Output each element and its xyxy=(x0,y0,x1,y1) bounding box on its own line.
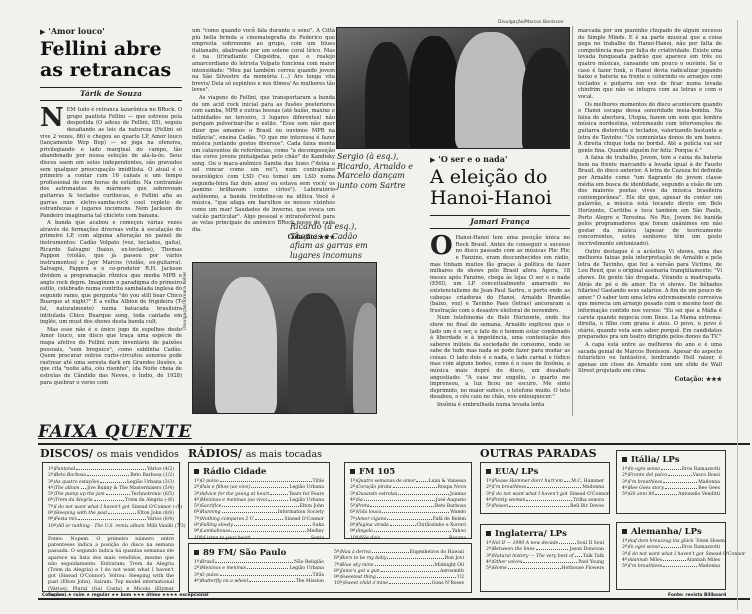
triangle-icon: ▶ xyxy=(430,155,435,164)
hanoi-byline: Jamari França xyxy=(430,215,570,230)
title: Home xyxy=(493,566,507,572)
fm105-box: FM 105 1º) Quatro semanas de amorLuan & … xyxy=(344,462,472,539)
eua-box: EUA/ LPs 1º) Please Hammer don't hurt'em… xyxy=(480,462,610,514)
person-silhouette xyxy=(455,32,527,149)
photo-credit-top: Divulgação/Marcos Bonisson xyxy=(498,20,564,25)
radios-heading: RÁDIOS/ as mais tocadas xyxy=(188,447,322,460)
leader-dots xyxy=(270,492,288,495)
alemanha-list: 1º) Auf dem kreuzzug ins glückToten Hose… xyxy=(622,539,720,570)
hanoi-band-photo xyxy=(336,27,570,149)
chart-row: 10º) Listen to your heartSonia xyxy=(194,536,324,542)
outras-paradas-heading: OUTRAS PARADAS xyxy=(480,447,597,460)
hanoi-kicker: ▶'O ser e o nada' xyxy=(430,156,570,164)
discos-note: Fonte: Nopem. O primeiro número entre pa… xyxy=(48,534,174,599)
inglaterra-heading: Inglaterra/ LPs xyxy=(486,529,604,539)
leader-dots xyxy=(564,479,570,482)
leader-dots xyxy=(655,492,677,495)
artist: Rosana xyxy=(449,536,466,542)
section-rule xyxy=(38,443,750,445)
title: All or nothing - The U.S. remix album xyxy=(58,524,145,530)
leader-dots xyxy=(220,573,312,576)
fellini-headline: Fellini abre as retrancas xyxy=(40,39,182,81)
person-silhouette xyxy=(409,36,459,149)
italia-box: Itália/ LPs 1º) In ogni sensoEros Ramazz… xyxy=(616,450,726,514)
title: Sweet child o'mine xyxy=(344,581,388,587)
square-bullet-icon xyxy=(622,529,627,534)
leader-dots xyxy=(575,554,583,557)
leader-dots xyxy=(108,511,136,514)
leader-dots xyxy=(381,569,439,572)
person-silhouette xyxy=(522,48,570,149)
title: Gli anni 80 xyxy=(629,492,655,498)
leader-dots xyxy=(370,504,433,507)
square-bullet-icon xyxy=(622,457,627,462)
artist: Sonia xyxy=(311,536,324,542)
photo-caption-mid: Ricardo (à esq.), Thomas e Cadão afiam a… xyxy=(290,222,380,260)
fellini-paragraph: Mas esse não é o único jogo de espelhos … xyxy=(40,327,182,386)
inglaterra-box: Inglaterra/ LPs 1º) Vol II — 1990 A new … xyxy=(480,524,610,592)
person-silhouette xyxy=(288,293,346,414)
leader-dots xyxy=(377,575,456,578)
discos-heading: DISCOS/ os mais vendidos xyxy=(40,447,179,460)
leader-dots xyxy=(374,529,451,532)
leader-dots xyxy=(509,504,569,507)
leader-dots xyxy=(231,529,305,532)
hanoi-paragraph: A capa está entre as melhores do ano e é… xyxy=(578,342,722,375)
radio-cidade-heading: Rádio Cidade xyxy=(194,467,324,477)
leader-dots xyxy=(215,560,293,563)
square-bullet-icon xyxy=(486,469,491,474)
chart-row: 5º) Gli anni 80Antonello Venditti xyxy=(622,492,720,498)
rank: 5º) xyxy=(486,504,493,510)
leader-dots xyxy=(251,485,288,488)
chart-row: 5º) HomeHothouse Flowers xyxy=(486,566,604,572)
leader-dots xyxy=(364,498,435,501)
page-edge-rule xyxy=(737,20,738,610)
leader-dots xyxy=(381,536,448,539)
fellini-paragraph: NEM tudo é retranca lazarônica no BRock.… xyxy=(40,107,182,219)
artist: Guns N'Roses xyxy=(432,581,464,587)
bottom-rule xyxy=(38,598,750,600)
leader-dots xyxy=(76,467,146,470)
newspaper-page: ▶'Amor louco' Fellini abre as retrancas … xyxy=(0,0,752,614)
rank: 5º) xyxy=(622,564,629,570)
leader-dots xyxy=(663,480,697,483)
photo-credit-mid: Divulgação/Tomara Keller xyxy=(183,260,188,330)
hanoi-article-continued: marcada por um pianinho chupado de algum… xyxy=(578,28,722,383)
leader-dots xyxy=(663,564,697,567)
rank: 10º) xyxy=(334,581,344,587)
leader-dots xyxy=(536,547,569,550)
leader-dots xyxy=(247,566,288,569)
leader-dots xyxy=(249,579,295,582)
hanoi-paragraph: A faixa de trabalho, Jovem, tem a caixa … xyxy=(578,155,722,247)
hanoi-rating: Cotação: ★★★ xyxy=(578,377,722,384)
discos-list: 1º) PantanalVários (4/2)2º) Beto Barbosa… xyxy=(48,467,174,530)
rank: 10º) xyxy=(194,536,204,542)
square-bullet-icon xyxy=(194,469,199,474)
artist: Milli Vanilli (7/3) xyxy=(147,524,186,530)
person-silhouette xyxy=(365,42,409,149)
fellini-paragraph: As viagens do Fellini, que transportaram… xyxy=(192,95,335,233)
leader-dots xyxy=(416,479,427,482)
square-bullet-icon xyxy=(194,550,199,555)
leader-dots xyxy=(94,498,124,501)
leader-dots xyxy=(663,558,685,561)
fm89-box: 89 FM/ São Paulo 1º) BrasilNão Religião2… xyxy=(188,543,472,593)
fellini-kicker: ▶'Amor louco' xyxy=(40,28,182,36)
fm89-list-continued: 5º) Nau à derivaEngenheiros do Hawaii6º)… xyxy=(334,548,464,588)
inglaterra-list: 1º) Vol II — 1990 A new decadeSoul II So… xyxy=(486,541,604,572)
fellini-paragraph: A banda que acabou e começou várias veze… xyxy=(40,220,182,326)
square-bullet-icon xyxy=(486,531,491,536)
eua-list: 1º) Please Hammer don't hurt'emM.C. Hamm… xyxy=(486,479,604,510)
chart-row: 10º) Sweet child o'mineGuns N'Roses xyxy=(334,581,464,587)
hanoi-paragraph: OHanoi-Hanoi tem uma posição única no Ro… xyxy=(430,235,570,314)
leader-dots xyxy=(559,541,576,544)
fellini-paragraph: um "como quando você fala durante o sono… xyxy=(192,28,335,94)
leader-dots xyxy=(390,523,416,526)
fm89-heading: 89 FM/ São Paulo xyxy=(194,548,324,558)
leader-dots xyxy=(222,510,277,513)
radio-cidade-list: 1º) O pulsoTitãs2º) Pais e filhos (ao vi… xyxy=(194,479,324,542)
title: Poison xyxy=(493,504,508,510)
italia-heading: Itália/ LPs xyxy=(622,455,720,465)
person-silhouette xyxy=(353,303,377,414)
title: I'm breathless xyxy=(629,564,662,570)
fellini-byline: Tárik de Souza xyxy=(40,87,182,102)
discos-chart-box: 1º) PantanalVários (4/2)2º) Beto Barbosa… xyxy=(42,462,180,592)
rank: 5º) xyxy=(486,566,493,572)
photo-caption-top: Sergio (à esq.), Ricardo, Arnaldo e Marc… xyxy=(337,152,417,190)
fm105-list: 1º) Quatro semanas de amorLuan & Vanessa… xyxy=(350,479,466,542)
fellini-band-photo xyxy=(192,262,377,414)
hanoi-paragraph: Num telefonema de Belo Horizonte, onde f… xyxy=(430,315,570,401)
leader-dots xyxy=(398,492,449,495)
leader-dots xyxy=(78,517,146,520)
leader-dots xyxy=(255,517,284,520)
leader-dots xyxy=(100,480,126,483)
leader-dots xyxy=(81,486,87,489)
alemanha-heading: Alemanha/ LPs xyxy=(622,527,720,537)
leader-dots xyxy=(382,510,449,513)
artist: Bell Biv Devoe xyxy=(570,504,604,510)
chart-row: 5º) PoisonBell Biv Devoe xyxy=(486,504,604,510)
title: Nós dois xyxy=(360,536,380,542)
leader-dots xyxy=(389,581,431,584)
leader-dots xyxy=(251,536,310,539)
hanoi-paragraph: Os melhores momentos do disco acontecem … xyxy=(578,102,722,155)
leader-dots xyxy=(87,473,129,476)
fellini-article-continued: um "como quando você fala durante o sono… xyxy=(192,28,335,242)
rank: 10º) xyxy=(350,536,360,542)
leader-dots xyxy=(523,560,577,563)
leader-dots xyxy=(222,504,298,507)
leader-dots xyxy=(508,566,561,569)
hanoi-article: ▶'O ser e o nada' A eleição do Hanoi-Han… xyxy=(430,156,570,410)
rank: 10º) xyxy=(48,524,58,530)
triangle-icon: ▶ xyxy=(40,27,45,36)
hanoi-paragraph: Insônia é embrulhada numa levada lenta xyxy=(430,402,570,409)
fellini-article: ▶'Amor louco' Fellini abre as retrancas … xyxy=(40,28,182,387)
leader-dots xyxy=(375,563,434,566)
leader-dots xyxy=(387,556,443,559)
person-silhouette xyxy=(215,277,277,414)
column-rule xyxy=(572,26,573,416)
hanoi-paragraph: Outro destaque é a acústica Vi shows, um… xyxy=(578,249,722,341)
leader-dots xyxy=(220,479,312,482)
chart-row: 10º) Nós doisRosana xyxy=(350,536,466,542)
alemanha-box: Alemanha/ LPs 1º) Auf dem kreuzzug ins g… xyxy=(616,522,726,590)
chart-row: 4º) Butterfly on a wheelThe Mission xyxy=(194,579,324,585)
star-icon: ★★★ xyxy=(706,376,722,383)
dropcap: O xyxy=(430,236,453,256)
fm105-heading: FM 105 xyxy=(350,467,466,477)
leader-dots xyxy=(106,492,130,495)
chart-row: 10º) All or nothing - The U.S. remix alb… xyxy=(48,524,174,530)
artist: The Mission xyxy=(296,579,324,585)
chart-row: 5º) I'm breathlessMadonna xyxy=(622,564,720,570)
leader-dots xyxy=(668,473,692,476)
leader-dots xyxy=(526,498,571,501)
leader-dots xyxy=(661,467,681,470)
artist: Antonello Venditti xyxy=(678,492,720,498)
artist: Hothouse Flowers xyxy=(562,566,604,572)
hanoi-paragraph: marcada por um pianinho chupado de algum… xyxy=(578,28,722,101)
italia-list: 1º) In ogni sensoEros Ramazzotti2º) Fron… xyxy=(622,467,720,498)
leader-dots xyxy=(665,486,697,489)
leader-dots xyxy=(268,498,288,501)
hanoi-headline: A eleição do Hanoi-Hanoi xyxy=(430,167,570,209)
eua-heading: EUA/ LPs xyxy=(486,467,604,477)
faixa-quente-title: FAIXA QUENTE xyxy=(38,422,192,442)
title: Butterfly on a wheel xyxy=(201,579,248,585)
rank: 4º) xyxy=(194,579,201,585)
rank: 5º) xyxy=(622,492,629,498)
title: Listen to your heart xyxy=(204,536,250,542)
square-bullet-icon xyxy=(350,469,355,474)
fm89-list: 1º) BrasilNão Religião2º) Meninos e meni… xyxy=(194,560,324,585)
leader-dots xyxy=(234,523,312,526)
leader-dots xyxy=(387,517,431,520)
artist: Madonna xyxy=(698,564,720,570)
leader-dots xyxy=(527,485,581,488)
leader-dots xyxy=(393,485,437,488)
leader-dots xyxy=(372,550,409,553)
radio-cidade-box: Rádio Cidade 1º) O pulsoTitãs2º) Pais e … xyxy=(188,462,330,539)
leader-dots xyxy=(661,545,681,548)
dropcap: N xyxy=(40,108,64,128)
